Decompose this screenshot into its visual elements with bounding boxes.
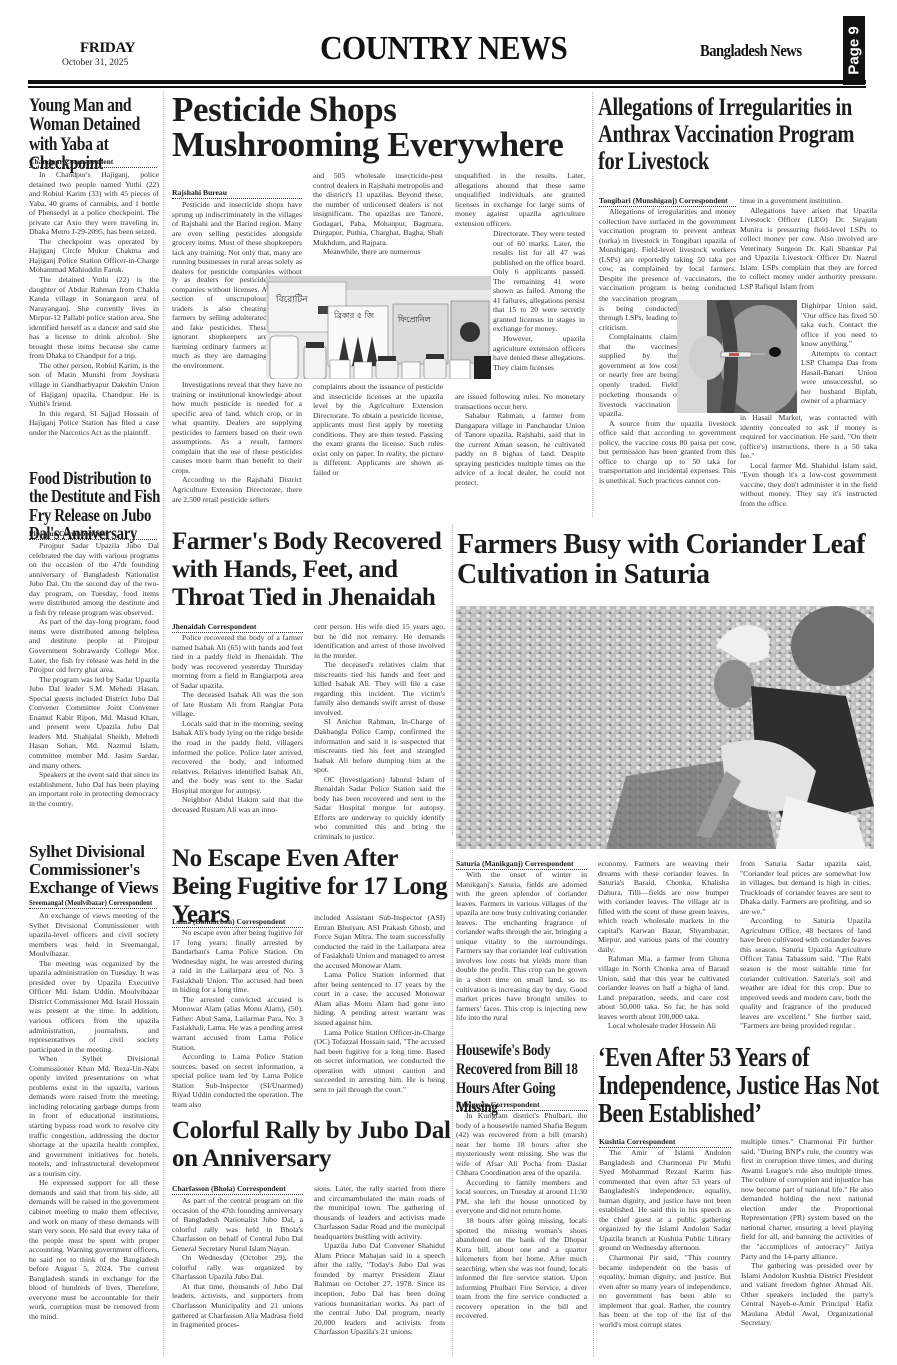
byline: Saturia (Manikganj) Correspondent (456, 859, 587, 870)
article-body-col2-wrap: Dighirpar Union said, "Our office has fi… (801, 301, 877, 406)
article-body-col1-top: Allegations of irregularities and money … (599, 207, 736, 293)
article-body-col2-bottom: complaints about the issuance of pestici… (313, 382, 443, 477)
pesticide-products-image: বিরোটিন ব্রিকার ৫ জি ফিপ্রোনিল (266, 276, 491, 379)
byline: Charfasson (Bhola) Correspondent (172, 1184, 303, 1195)
article-body: In Kurigram district's Phulbari, the bod… (456, 1111, 587, 1321)
headline: Allegations of Irregularities in Anthrax… (598, 94, 888, 175)
byline: Kushtia Correspondent (599, 1137, 731, 1148)
column-divider (452, 850, 453, 1357)
cow-vaccination-photo (677, 300, 797, 413)
byline: Rajshahi Bureau (172, 188, 302, 199)
article-body-col2: cent person. His wife died 15 years ago,… (314, 622, 445, 842)
article-body: Pirojpur Sadar Upazila Jubo Dal celebrat… (29, 541, 159, 808)
headline: Farmers Busy with Coriander Leaf Cultiva… (457, 530, 887, 590)
article-body-col1: As part of the central program on the oc… (172, 1196, 303, 1330)
article-body-col2-top: and 505 wholesale insecticide-pest contr… (313, 171, 443, 257)
article-body-col1-top: Pesticide and insecticide shops have spr… (172, 200, 302, 275)
masthead-day: FRIDAY (80, 40, 135, 57)
coriander-field-image (456, 606, 874, 849)
svg-text:ফিপ্রোনিল: ফিপ্রোনিল (397, 315, 432, 324)
byline: Tongibari (Munshiganj) Correspondent (599, 196, 736, 207)
byline: Sreemangal (Moulvibazar) Correspondent (29, 900, 157, 909)
article-body-col2: multiple times." Charmonai Pir further s… (741, 1137, 873, 1328)
headline: Pesticide Shops Mushrooming Everywhere (172, 92, 592, 162)
pesticide-products-photo: বিরোটিন ব্রিকার ৫ জি ফিপ্রোনিল (266, 276, 491, 379)
section-title: COUNTRY NEWS (320, 30, 567, 68)
cow-vaccination-image (677, 300, 797, 413)
article-body-col1: No escape even after being fugitive for … (172, 928, 303, 1109)
byline: Lama (Bandarban) Correspondent (172, 917, 303, 928)
svg-text:বিরোটিন: বিরোটিন (275, 293, 308, 305)
headline: Colorful Rally by Jubo Dal on Anniversar… (172, 1117, 452, 1173)
byline: Pirojpur Correspondent (29, 529, 157, 540)
masthead-rule-thick (28, 80, 866, 84)
brand-name: Bangladesh News (700, 41, 802, 61)
article-body-col2: included Assistant Sub-Inspector (ASI) E… (314, 913, 445, 1094)
article-body-col2-top: tinue in a government institution. Alleg… (740, 196, 877, 301)
article-body: An exchange of views meeting of the Sylh… (29, 911, 159, 1322)
article-body: In Chandpur's Hajiganj, police detained … (29, 170, 159, 437)
headline: ‘Even After 53 Years of Independence, Ju… (598, 1043, 888, 1127)
page-number-label: Page 9 (846, 26, 863, 74)
article-body-col2: sions. Later, the rally started from the… (314, 1184, 445, 1337)
article-body-col1: The Amir of Islami Andolon Bangladesh an… (599, 1148, 731, 1329)
byline: Jhenaidah Correspondent (172, 622, 303, 633)
article-body-col1-wrap: ly as dealers for pesticide companies wi… (172, 275, 267, 380)
article-body-col1: With the onset of winter in Manikganj's … (456, 870, 587, 1023)
coriander-field-photo (456, 606, 874, 849)
masthead-date: October 31, 2025 (62, 58, 128, 68)
column-divider (592, 92, 593, 517)
article-body-col3-bottom: are issued following rules. No monetary … (455, 392, 585, 487)
article-body-col2-bottom: in Hasail Market, was contacted with ide… (740, 413, 877, 508)
page-number-badge: Page 9 (843, 16, 865, 85)
article-body-col2: economy. Farmers are weaving their dream… (598, 859, 729, 1031)
headline: Sylhet Divisional Commissioner's Exchang… (29, 843, 164, 897)
article-body-col1-wrap: the vaccination program is being conduct… (599, 294, 677, 390)
column-divider (452, 525, 453, 835)
byline: Chandpur Correspondent (29, 157, 157, 168)
masthead-rule-thin (28, 86, 866, 88)
headline: Farmer's Body Recovered with Hands, Feet… (172, 528, 452, 612)
column-divider (163, 92, 164, 1357)
article-body-col3-top: unqualified in the results. Later, alleg… (455, 171, 585, 228)
svg-text:ব্রিকার ৫ জি: ব্রিকার ৫ জি (333, 311, 375, 320)
byline: Kurigram Correspondent (456, 1100, 587, 1111)
article-body-col1: Police recovered the body of a farmer na… (172, 633, 303, 814)
article-body-col3: from Saturia Sadar upazila said, "Corian… (740, 859, 871, 1031)
article-body-col3-wrap: Directorate. They were tested out of 60 … (493, 229, 585, 372)
